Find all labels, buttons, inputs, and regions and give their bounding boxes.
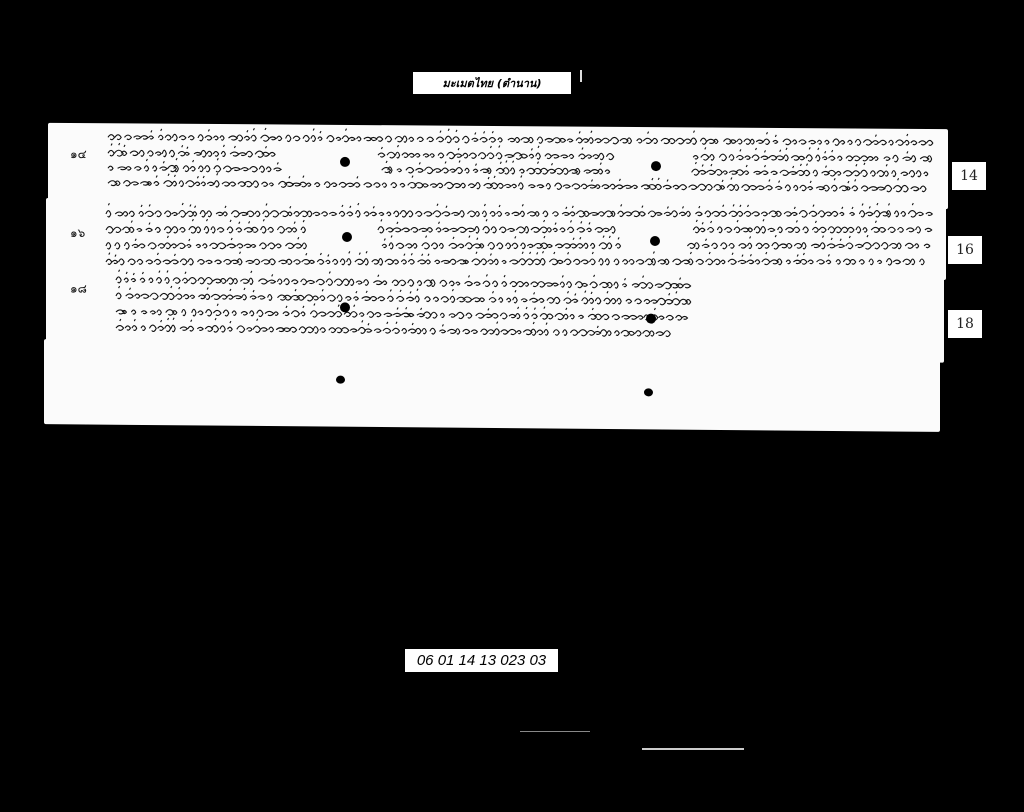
- manuscript-line: [106, 219, 932, 233]
- scan-artifact: [520, 731, 590, 732]
- page-number-box: 14: [952, 162, 986, 190]
- manuscript-line: [108, 158, 928, 177]
- page-number-box: 18: [948, 310, 982, 338]
- divider-tick: [580, 70, 582, 82]
- manuscript-line: [106, 235, 930, 249]
- page-number-box: 16: [948, 236, 982, 264]
- manuscript-text-block: [48, 123, 948, 209]
- binding-hole: [340, 302, 350, 312]
- binding-hole: [336, 376, 345, 384]
- binding-hole: [342, 232, 352, 242]
- manuscript-line: [108, 143, 932, 163]
- binding-hole: [651, 161, 661, 171]
- archive-code-label: 06 01 14 13 023 03: [405, 649, 558, 672]
- binding-hole: [646, 314, 656, 324]
- manuscript-line: [116, 269, 691, 289]
- manuscript-line: [108, 126, 933, 146]
- manuscript-line: [106, 251, 924, 265]
- title-label: มะเมตไทย (ตำนาน): [413, 72, 571, 94]
- manuscript-line: [116, 285, 691, 305]
- manuscript-line: [116, 301, 688, 321]
- palm-leaf-4-blank: [44, 339, 940, 432]
- binding-hole: [644, 388, 653, 396]
- palm-leaf-1: ๑๔: [48, 123, 948, 209]
- manuscript-line: [106, 203, 932, 217]
- manuscript-line: [116, 317, 670, 337]
- manuscript-line: [108, 173, 926, 192]
- scan-artifact: [642, 748, 744, 750]
- binding-hole: [340, 157, 350, 167]
- binding-hole: [650, 236, 660, 246]
